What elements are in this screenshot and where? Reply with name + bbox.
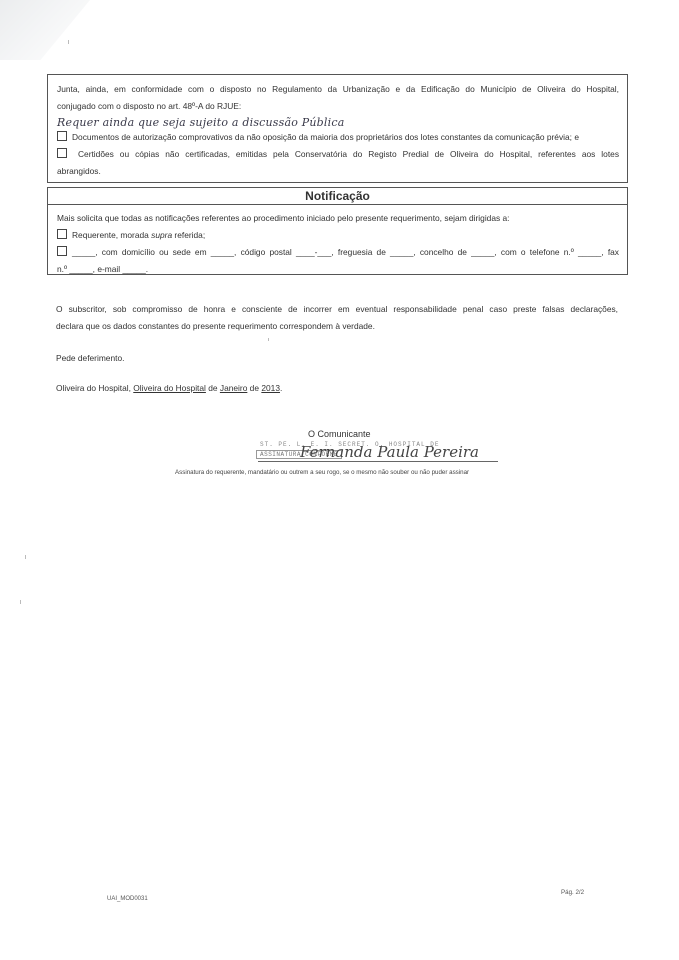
date-year: 2013 (261, 383, 280, 393)
attachment-item-authorization-label: Documentos de autorização comprovativos … (72, 132, 579, 142)
notification-option-other: _____, com domicílio ou sede em _____, c… (57, 244, 619, 261)
declaration-line2: declara que os dados constantes do prese… (56, 318, 618, 335)
signature-line (258, 461, 498, 462)
declaration-line1: O subscritor, sob compromisso de honra e… (56, 301, 618, 318)
date-place-filled: Oliveira do Hospital (133, 383, 206, 393)
attachment-item-certificates-line2: abrangidos. (57, 163, 619, 180)
signature-caption: Assinatura do requerente, mandatário ou … (175, 469, 469, 476)
date-de-2: de (247, 383, 261, 393)
attachment-item-certificates: Certidões ou cópias não certificadas, em… (57, 146, 619, 163)
notification-title: Notificação (48, 188, 627, 205)
closing-text: Pede deferimento. (56, 353, 618, 363)
notification-box: Notificação Mais solicita que todas as n… (47, 187, 628, 275)
scan-speck (268, 338, 269, 341)
checkbox-authorization-docs[interactable] (57, 131, 67, 141)
attachment-item-authorization: Documentos de autorização comprovativos … (57, 129, 619, 146)
notification-intro: Mais solicita que todas as notificações … (57, 210, 619, 227)
option-requerente-prefix: Requerente, morada (72, 230, 151, 240)
page-number: Pág. 2/2 (561, 889, 584, 896)
checkbox-certificates[interactable] (57, 148, 67, 158)
signature-title: O Comunicante (308, 429, 371, 439)
attachments-intro-line1: Junta, ainda, em conformidade com o disp… (57, 81, 619, 98)
checkbox-other-address[interactable] (57, 246, 67, 256)
scan-corner-shadow (0, 0, 90, 60)
option-other-line1: _____, com domicílio ou sede em _____, c… (72, 247, 619, 257)
date-line: Oliveira do Hospital, Oliveira do Hospit… (56, 383, 618, 393)
date-place: Oliveira do Hospital, (56, 383, 133, 393)
handwritten-signature: Fernanda Paula Pereira (300, 443, 479, 461)
form-code: UAI_MOD0031 (107, 896, 148, 902)
checkbox-requerente[interactable] (57, 229, 67, 239)
signature-area: O Comunicante ST. PE. L. E. I. SECRET. O… (160, 425, 520, 485)
scan-speck (68, 40, 69, 44)
date-month: Janeiro (220, 383, 247, 393)
notification-option-requerente: Requerente, morada supra referida; (57, 227, 619, 244)
option-other-line2: n.º _____, e-mail _____. (57, 261, 619, 278)
scan-speck (25, 555, 26, 559)
date-de-1: de (206, 383, 220, 393)
attachment-item-certificates-label: Certidões ou cópias não certificadas, em… (78, 149, 619, 159)
attachments-box: Junta, ainda, em conformidade com o disp… (47, 74, 628, 183)
declaration-paragraph: O subscritor, sob compromisso de honra e… (56, 301, 618, 335)
date-end: . (280, 383, 282, 393)
option-requerente-italic: supra (151, 230, 172, 240)
scan-speck (20, 600, 21, 604)
handwritten-note: Requer ainda que seja sujeito a discussã… (57, 116, 619, 130)
attachments-intro-line2: conjugado com o disposto no art. 48º-A d… (57, 98, 619, 115)
option-requerente-suffix: referida; (172, 230, 205, 240)
